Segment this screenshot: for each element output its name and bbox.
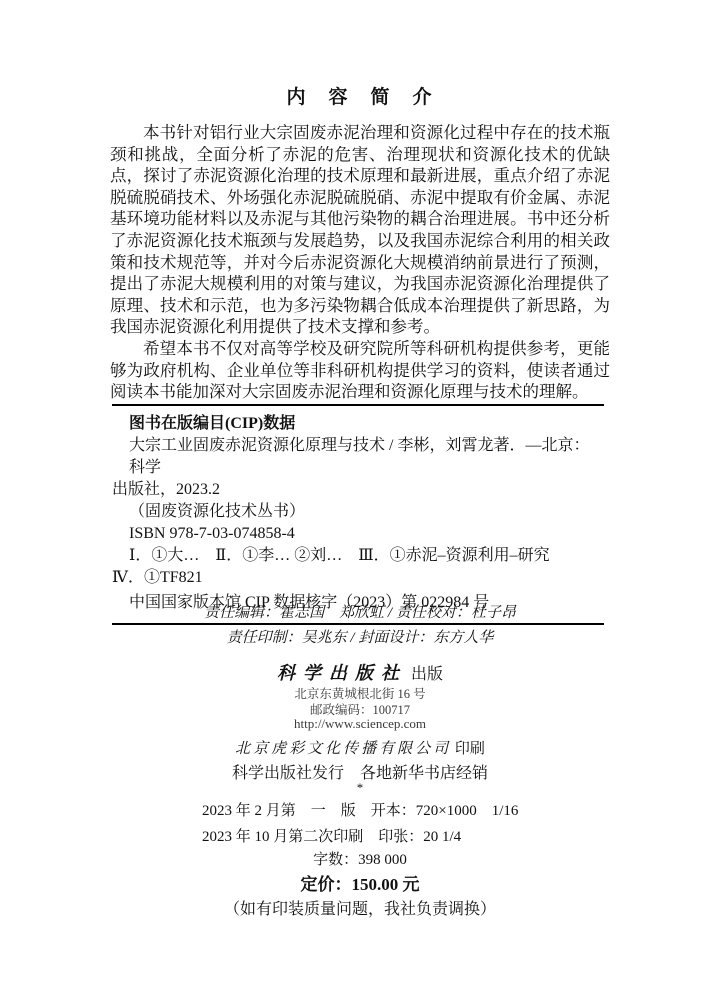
cip-title-line-2: 出版社，2023.2: [112, 479, 604, 501]
abstract-paragraph-1: 本书针对铝行业大宗固废赤泥治理和资源化过程中存在的技术瓶颈和挑战，全面分析了赤泥…: [110, 122, 610, 338]
page-title: 内 容 简 介: [110, 82, 610, 109]
copyright-page: 内 容 简 介 本书针对铝行业大宗固废赤泥治理和资源化过程中存在的技术瓶颈和挑战…: [0, 0, 720, 1000]
publisher-line: 科学出版社 出版: [0, 659, 720, 685]
quality-note: （如有印装质量问题，我社负责调换）: [0, 896, 720, 919]
edition-line-1: 2023 年 2 月第 一 版 开本：720×1000 1/16: [202, 799, 518, 825]
publisher-suffix: 出版: [407, 666, 443, 683]
cip-heading: 图书在版编目(CIP)数据: [112, 413, 604, 435]
staff-editors-line: 责任编辑：霍志国 郑欣虹 / 责任校对：杜子昂: [0, 601, 720, 626]
cip-section: 图书在版编目(CIP)数据 大宗工业固废赤泥资源化原理与技术 / 李彬，刘霄龙著…: [112, 404, 604, 625]
publisher-logo-text: 科学出版社: [277, 663, 407, 683]
separator-asterisk: *: [0, 780, 720, 796]
staff-printing-line: 责任印制：吴兆东 / 封面设计：东方人华: [0, 626, 720, 651]
cip-classification-1: Ⅰ．①大… Ⅱ．①李… ②刘… Ⅲ．①赤泥–资源利用–研究: [112, 545, 604, 567]
cip-title-line-1: 大宗工业固废赤泥资源化原理与技术 / 李彬，刘霄龙著．—北京：科学: [112, 435, 604, 479]
printer-suffix: 印刷: [451, 741, 485, 757]
edition-block: 2023 年 2 月第 一 版 开本：720×1000 1/16 2023 年 …: [202, 799, 518, 850]
cip-classification-2: Ⅳ．①TF821: [112, 567, 604, 589]
publisher-website: http://www.sciencep.com: [0, 716, 720, 732]
word-count-line: 字数：398 000: [0, 848, 720, 869]
staff-section: 责任编辑：霍志国 郑欣虹 / 责任校对：杜子昂 责任印制：吴兆东 / 封面设计：…: [0, 601, 720, 651]
cip-series: （固废资源化技术丛书）: [112, 501, 604, 523]
abstract-section: 内 容 简 介 本书针对铝行业大宗固废赤泥治理和资源化过程中存在的技术瓶颈和挑战…: [110, 82, 610, 403]
edition-line-2: 2023 年 10 月第二次印刷 印张：20 1/4: [202, 825, 518, 851]
printer-name: 北京虎彩文化传播有限公司: [235, 741, 451, 757]
printer-line: 北京虎彩文化传播有限公司 印刷: [0, 737, 720, 758]
cip-isbn: ISBN 978-7-03-074858-4: [112, 523, 604, 545]
price-line: 定价：150.00 元: [0, 870, 720, 895]
abstract-paragraph-2: 希望本书不仅对高等学校及研究院所等科研机构提供参考，更能够为政府机构、企业单位等…: [110, 338, 610, 403]
